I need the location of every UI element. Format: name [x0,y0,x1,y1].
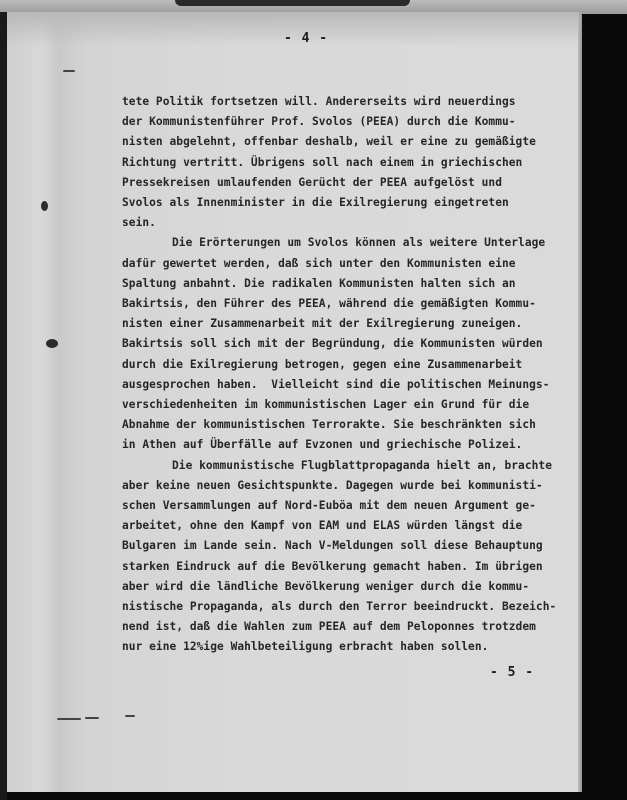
text-line: Svolos als Innenminister in die Exilregi… [122,193,592,213]
text-line: dafür gewertet werden, daß sich unter de… [122,254,592,274]
text-line: aber wird die ländliche Bevölkerung weni… [122,577,592,597]
ink-speck [125,715,135,717]
text-line: sein. [122,213,592,233]
text-line: durch die Exilregierung betrogen, gegen … [122,355,592,375]
text-line: Pressekreisen umlaufenden Gerücht der PE… [122,173,592,193]
text-line: ausgesprochen haben. Vielleicht sind die… [122,375,592,395]
text-line: arbeitet, ohne den Kampf von EAM und ELA… [122,516,592,536]
text-line: Richtung vertritt. Übrigens soll nach ei… [122,153,592,173]
scan-clip-shadow [175,0,410,6]
document-body: tete Politik fortsetzen will. Anderersei… [122,92,592,658]
text-line: in Athen auf Überfälle auf Evzonen und g… [122,435,592,455]
ink-speck [63,70,75,72]
text-line: schen Versammlungen auf Nord-Euböa mit d… [122,496,592,516]
ink-speck [57,718,81,720]
scan-left-edge [0,12,7,800]
text-line: verschiedenheiten im kommunistischen Lag… [122,395,592,415]
text-line: nisten abgelehnt, offenbar deshalb, weil… [122,132,592,152]
text-line: Bakirtsis, den Führer des PEEA, während … [122,294,592,314]
text-line: nend ist, daß die Wahlen zum PEEA auf de… [122,617,592,637]
page-number-top: - 4 - [284,31,328,46]
text-line: nistische Propaganda, als durch den Terr… [122,597,592,617]
text-line: Bulgaren im Lande sein. Nach V-Meldungen… [122,536,592,556]
punch-hole-mark [41,201,48,211]
punch-hole-mark [46,339,58,348]
paragraph-start-line: Die Erörterungen um Svolos können als we… [122,233,592,253]
text-line: aber keine neuen Gesichtspunkte. Dagegen… [122,476,592,496]
paragraph-start-line: Die kommunistische Flugblattpropaganda h… [122,456,592,476]
text-line: der Kommunistenführer Prof. Svolos (PEEA… [122,112,592,132]
text-line: nisten einer Zusammenarbeit mit der Exil… [122,314,592,334]
text-line: Spaltung anbahnt. Die radikalen Kommunis… [122,274,592,294]
ink-speck [85,717,99,719]
text-line: Bakirtsis soll sich mit der Begründung, … [122,334,592,354]
text-line: tete Politik fortsetzen will. Anderersei… [122,92,592,112]
text-line: starken Eindruck auf die Bevölkerung gem… [122,557,592,577]
text-line: Abnahme der kommunistischen Terrorakte. … [122,415,592,435]
page-number-next: - 5 - [490,665,534,680]
text-line: nur eine 12%ige Wahlbeteiligung erbracht… [122,637,592,657]
